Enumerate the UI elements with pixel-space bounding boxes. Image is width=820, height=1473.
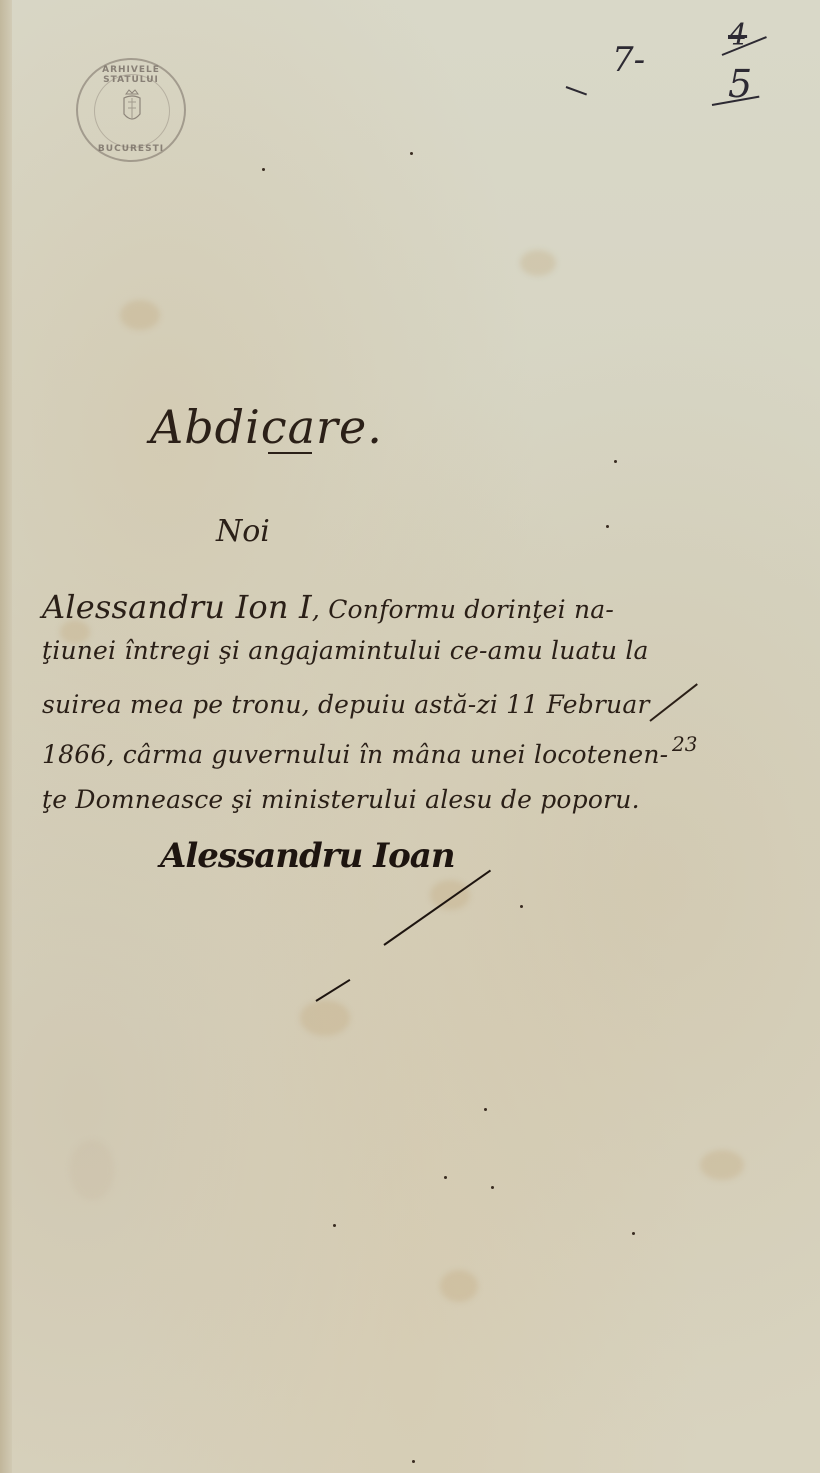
paper-stain — [700, 1150, 744, 1180]
title-underline — [268, 452, 312, 454]
body-line: suirea mea pe tronu, depuiu astă-zi 11 F… — [42, 690, 650, 719]
stamp-top-text: ARHIVELE STATULUI — [78, 65, 184, 85]
folio-number-left: 7- — [612, 40, 645, 80]
date-correction: 23 — [672, 732, 697, 756]
date-slash — [649, 683, 698, 722]
paper-stain — [430, 880, 470, 910]
ink-speck — [484, 1108, 487, 1111]
folio-dash-mark — [566, 86, 587, 95]
salutation: Noi — [216, 514, 270, 549]
paper-stain — [300, 1000, 350, 1036]
ink-speck — [606, 525, 609, 528]
body-line-text: , Conformu dorinţei na- — [312, 595, 614, 624]
stamp-bottom-text: BUCURESTI — [78, 144, 184, 154]
ink-speck — [520, 905, 523, 908]
sovereign-name: Alessandru Ion I — [42, 588, 312, 626]
paper-stain — [440, 1270, 478, 1302]
archive-stamp: ARHIVELE STATULUI BUCURESTI — [76, 58, 186, 162]
paper-edge — [0, 0, 12, 1473]
document-title: Abdicare. — [150, 400, 383, 454]
signature-flourish — [315, 979, 350, 1002]
ink-speck — [333, 1224, 336, 1227]
document-page: ARHIVELE STATULUI BUCURESTI 7- 4 5 Abdic… — [0, 0, 820, 1473]
ink-speck — [412, 1460, 415, 1463]
signature: Alessandru Ioan — [160, 836, 455, 876]
body-line: ţe Domneasce şi ministerului alesu de po… — [42, 785, 640, 814]
body-line: Alessandru Ion I, Conformu dorinţei na- — [42, 588, 614, 626]
paper-stain — [120, 300, 160, 330]
signature-flourish — [383, 870, 491, 946]
ink-speck — [444, 1176, 447, 1179]
body-line: ţiunei întregi şi angajamintului ce-amu … — [42, 636, 649, 665]
ink-speck — [410, 152, 413, 155]
ink-speck — [632, 1232, 635, 1235]
crest-icon — [120, 88, 144, 128]
ink-speck — [491, 1186, 494, 1189]
body-line: 1866, cârma guvernului în mâna unei loco… — [42, 740, 668, 769]
paper-stain — [520, 250, 556, 276]
ink-speck — [262, 168, 265, 171]
paper-stain — [70, 1140, 114, 1200]
ink-speck — [614, 460, 617, 463]
